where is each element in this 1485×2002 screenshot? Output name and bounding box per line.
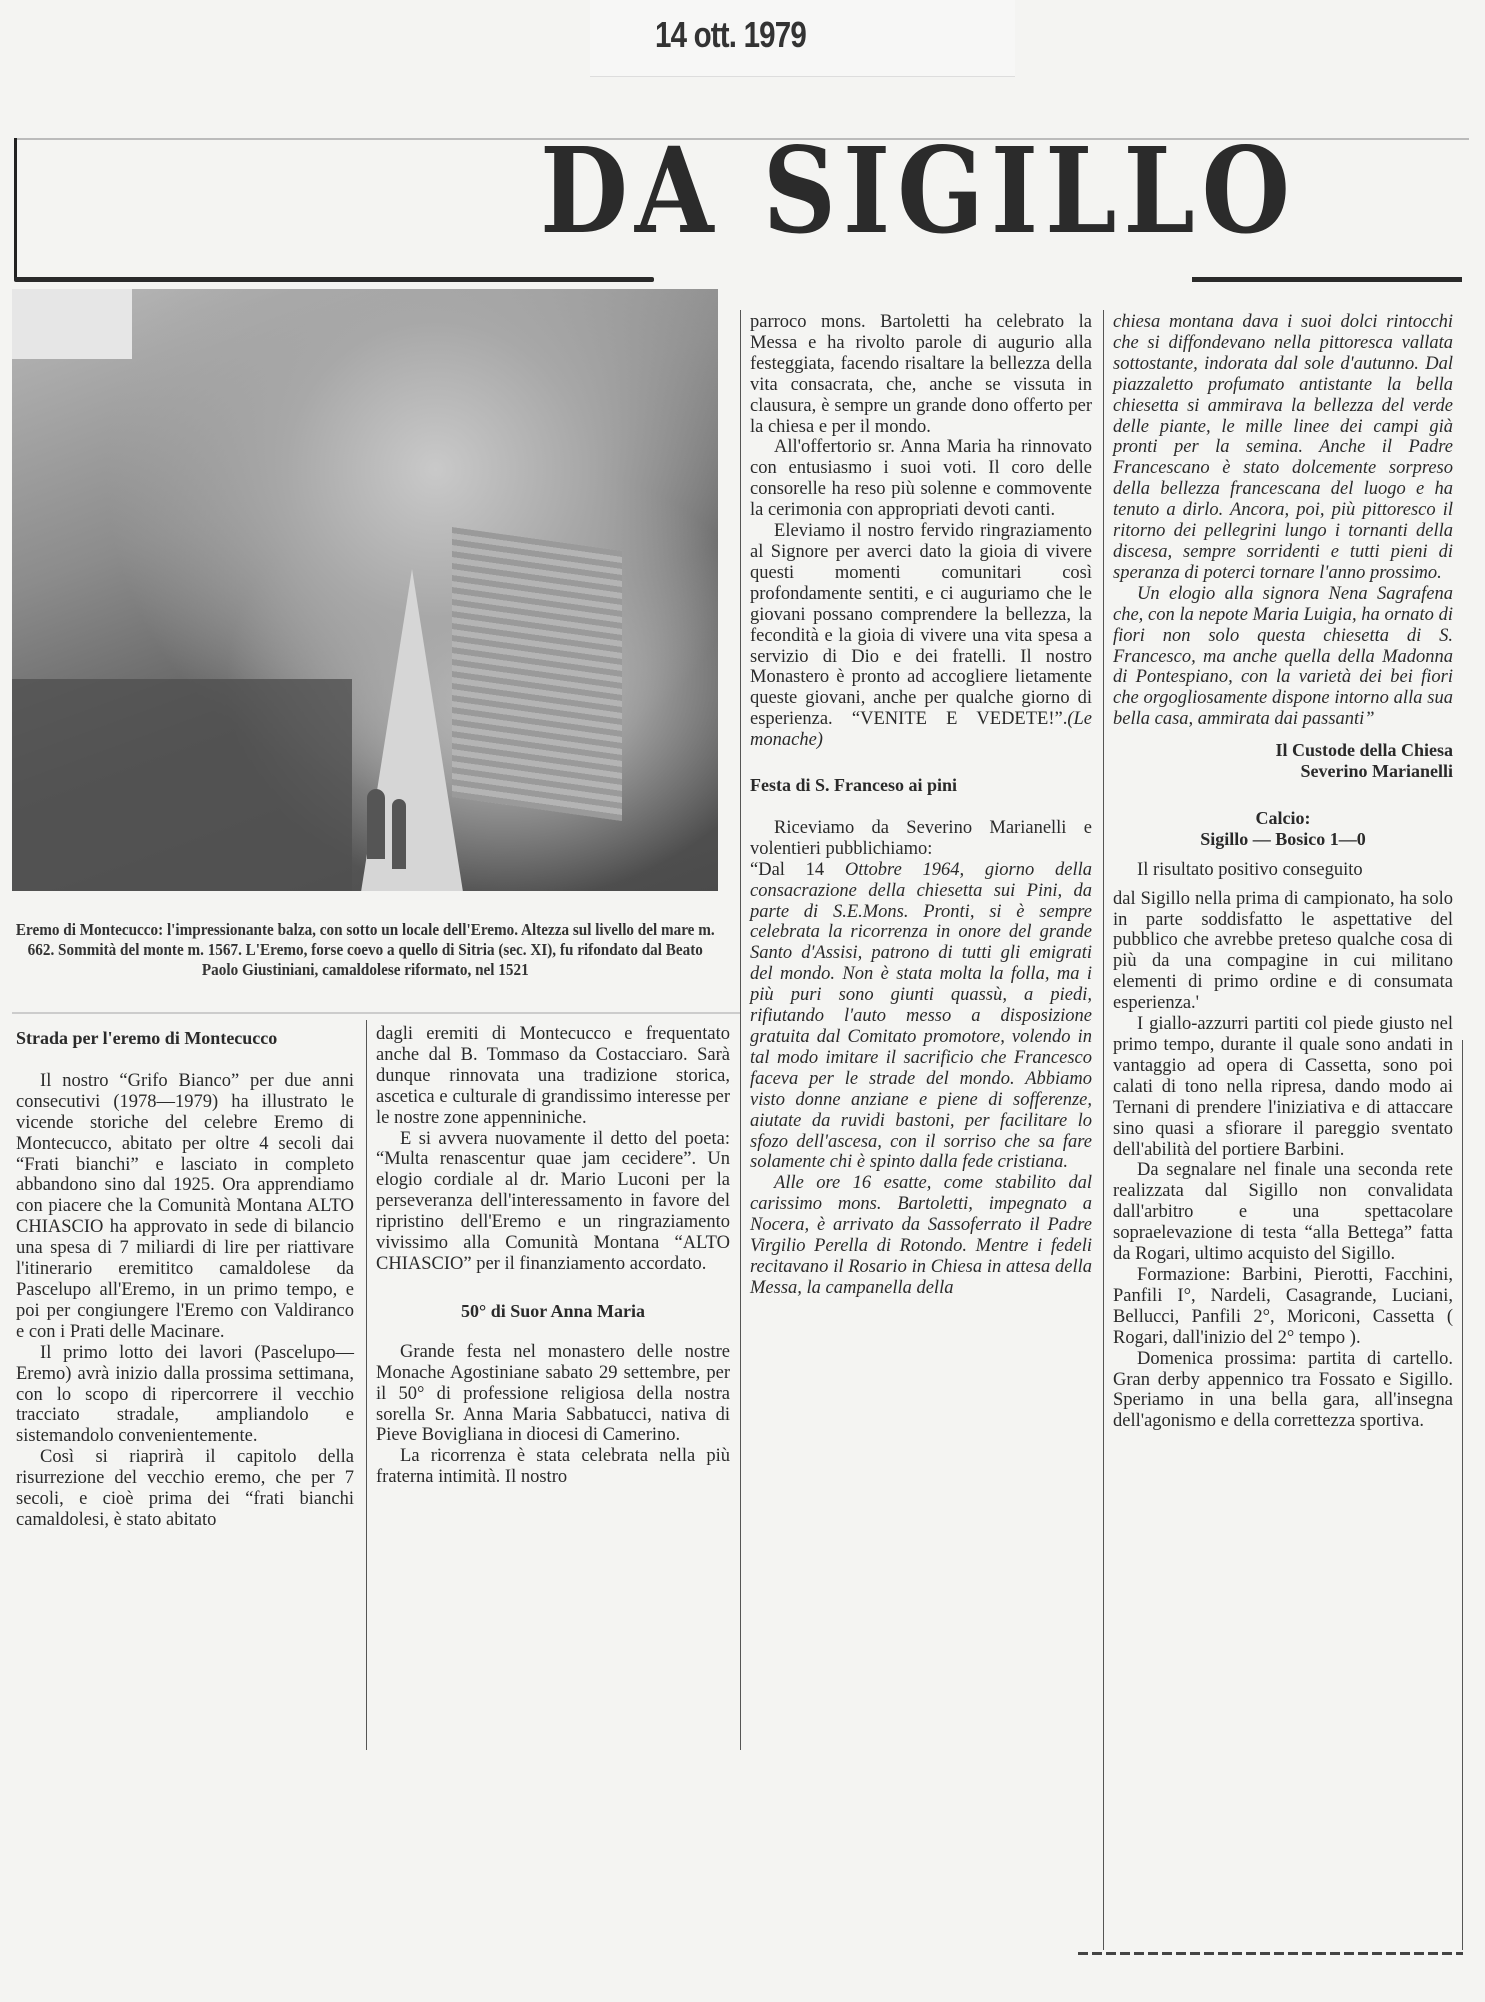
paragraph: All'offertorio sr. Anna Maria ha rinnova…: [750, 437, 1092, 521]
paragraph: Grande festa nel monastero delle nostre …: [376, 1342, 730, 1447]
article-title: 50° di Suor Anna Maria: [376, 1301, 730, 1322]
article-title: Calcio:: [1113, 808, 1453, 829]
column-rule: [1462, 1040, 1463, 1950]
paragraph: La ricorrenza è stata celebrata nella pi…: [376, 1446, 730, 1488]
paragraph: E si avvera nuovamente il detto del poet…: [376, 1129, 730, 1275]
paragraph: chiesa montana dava i suoi dolci rintocc…: [1113, 312, 1453, 584]
article-title: Strada per l'eremo di Montecucco: [16, 1028, 354, 1049]
column-rule: [740, 310, 741, 1750]
masthead-rule-bottom-right: [1192, 277, 1462, 282]
photo-stone-wall: [452, 527, 622, 821]
column-rule: [366, 1020, 367, 1750]
paragraph: Il primo lotto dei lavori (Pascelupo—Ere…: [16, 1343, 354, 1448]
paragraph: dagli eremiti di Montecucco e frequentat…: [376, 1024, 730, 1129]
eremo-photo: [12, 289, 718, 891]
paragraph: Un elogio alla signora Nena Sagrafena ch…: [1113, 584, 1453, 730]
photo-shadow: [12, 679, 352, 891]
paragraph: Da segnalare nel finale una seconda rete…: [1113, 1160, 1453, 1265]
photo-window-arch: [367, 789, 385, 859]
article-strada-col1: Strada per l'eremo di Montecucco Il nost…: [16, 1028, 354, 1531]
paragraph: Alle ore 16 esatte, come stabilito dal c…: [750, 1173, 1092, 1298]
article-festa-calcio-col: chiesa montana dava i suoi dolci rintocc…: [1113, 312, 1453, 1432]
paragraph: Riceviamo da Severino Marianelli e volen…: [750, 818, 1092, 860]
paragraph: I giallo-azzurri partiti col piede giust…: [1113, 1014, 1453, 1160]
paragraph: Il risultato positivo conseguito: [1113, 860, 1453, 881]
quote-lead: “Dal 14: [750, 860, 845, 880]
paragraph-text: Eleviamo il nostro fervido ringraziament…: [750, 521, 1092, 729]
clipping-date: 14 ott. 1979: [655, 14, 806, 56]
masthead-rule-bottom-left: [14, 277, 654, 282]
paragraph: Domenica prossima: partita di cartello. …: [1113, 1349, 1453, 1433]
match-result: Sigillo — Bosico 1—0: [1113, 829, 1453, 850]
article-title: Festa di S. Franceso ai pini: [750, 775, 1092, 796]
paragraph: “Dal 14 Ottobre 1964, giorno della consa…: [750, 860, 1092, 1174]
photo-sky: [12, 289, 132, 359]
photo-caption: Eremo di Montecucco: l'impressionante ba…: [12, 920, 719, 980]
section-divider: [12, 1012, 740, 1014]
paragraph: Eleviamo il nostro fervido ringraziament…: [750, 521, 1092, 751]
paragraph: parroco mons. Bartoletti ha celebrato la…: [750, 312, 1092, 437]
paragraph: Così si riaprirà il capitolo della risur…: [16, 1447, 354, 1531]
paragraph: Il nostro “Grifo Bianco” per due anni co…: [16, 1071, 354, 1343]
masthead-rule-left: [14, 138, 17, 280]
article-strada-col2: dagli eremiti di Montecucco e frequentat…: [376, 1024, 730, 1488]
article-suor-festa-col: parroco mons. Bartoletti ha celebrato la…: [750, 312, 1092, 1299]
masthead-title: DA SIGILLO: [540, 132, 1297, 250]
photo-window-arch: [392, 799, 406, 869]
clipping-cut-line: [1078, 1952, 1463, 1955]
column-rule: [1103, 310, 1104, 1950]
signature-name: Severino Marianelli: [1113, 761, 1453, 782]
paragraph: Formazione: Barbini, Pierotti, Facchini,…: [1113, 1265, 1453, 1349]
signature-title: Il Custode della Chiesa: [1113, 740, 1453, 761]
paragraph: dal Sigillo nella prima di campionato, h…: [1113, 889, 1453, 1014]
quote-text: Ottobre 1964, giorno della consacrazione…: [750, 860, 1092, 1173]
